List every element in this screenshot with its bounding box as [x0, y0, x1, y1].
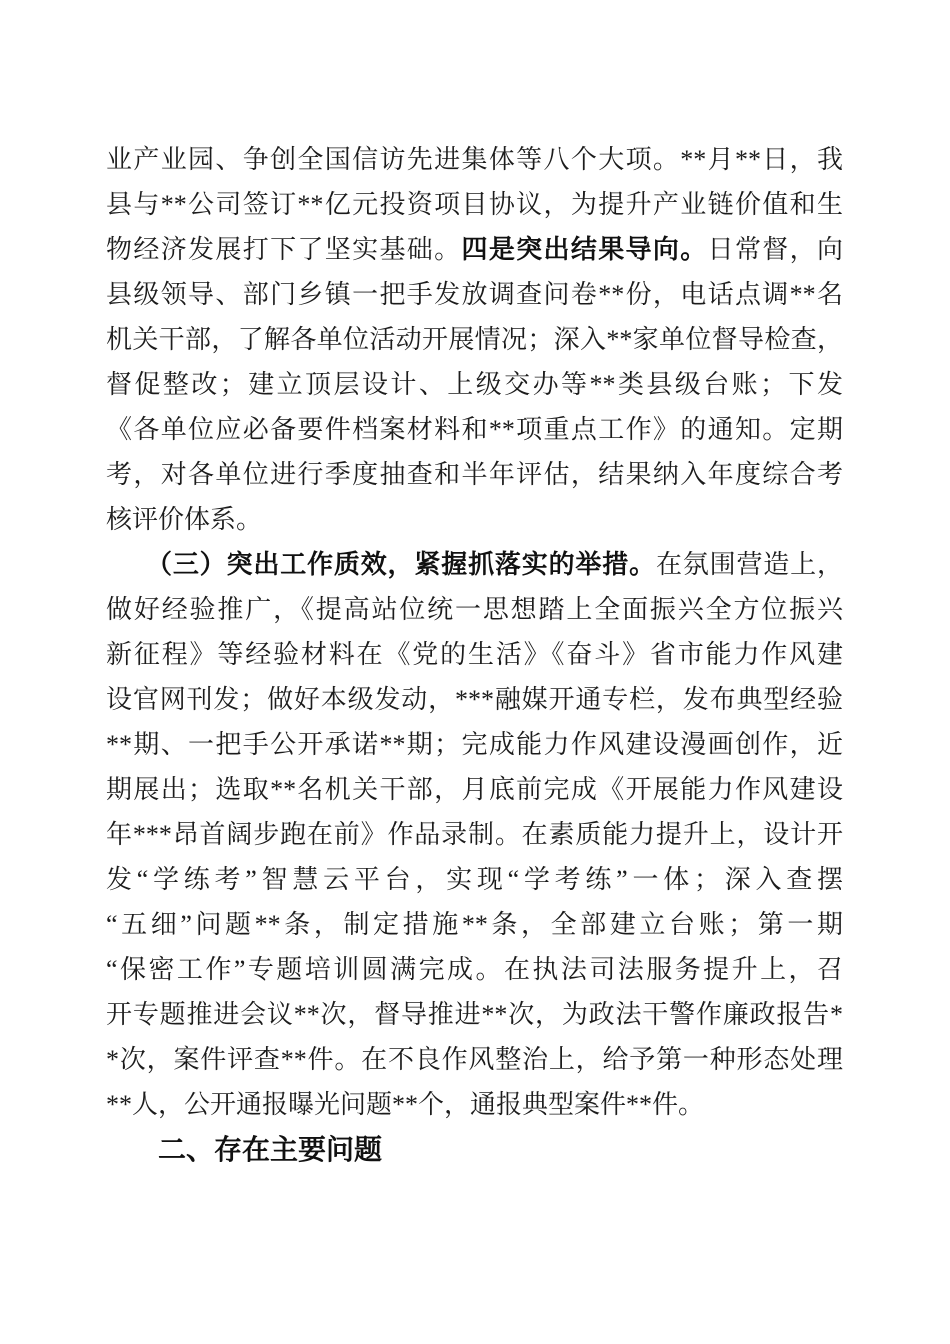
document-line: **期、一把手公开承诺**期；完成能力作风建设漫画创作，近 — [106, 722, 843, 767]
text-segment: 督促整改；建立顶层设计、上级交办等**类县级台账；下发 — [106, 370, 843, 399]
document-line: 设官网刊发；做好本级发动，***融媒开通专栏，发布典型经验 — [106, 677, 843, 722]
document-line: 做好经验推广，《提高站位统一思想踏上全面振兴全方位振兴 — [106, 587, 843, 632]
document-line: 发“学练考”智慧云平台，实现“学考练”一体；深入查摆 — [106, 857, 843, 902]
text-segment: 新征程》等经验材料在《党的生活》《奋斗》省市能力作风建 — [106, 640, 843, 669]
text-segment: 开专题推进会议**次，督导推进**次，为政法干警作廉政报告* — [106, 1000, 843, 1029]
document-line: 县级领导、部门乡镇一把手发放调查问卷**份，电话点调**名 — [106, 272, 843, 317]
text-segment: 机关干部，了解各单位活动开展情况；深入**家单位督导检查， — [106, 325, 843, 354]
document-line: （三）突出工作质效，紧握抓落实的举措。在氛围营造上， — [106, 542, 843, 587]
text-segment: **期、一把手公开承诺**期；完成能力作风建设漫画创作，近 — [106, 730, 843, 759]
text-segment: 日常督，向 — [708, 235, 843, 264]
text-segment: 县级领导、部门乡镇一把手发放调查问卷**份，电话点调**名 — [106, 280, 843, 309]
heading-section-two: 二、存在主要问题 — [106, 1127, 843, 1172]
document-line: 机关干部，了解各单位活动开展情况；深入**家单位督导检查， — [106, 317, 843, 362]
document-line: 开专题推进会议**次，督导推进**次，为政法干警作廉政报告* — [106, 992, 843, 1037]
document-line: 《各单位应必备要件档案材料和**项重点工作》的通知。定期 — [106, 407, 843, 452]
document-line: 督促整改；建立顶层设计、上级交办等**类县级台账；下发 — [106, 362, 843, 407]
text-segment: “保密工作”专题培训圆满完成。在执法司法服务提升上，召 — [106, 955, 843, 984]
document-line: “保密工作”专题培训圆满完成。在执法司法服务提升上，召 — [106, 947, 843, 992]
text-segment: 发“学练考”智慧云平台，实现“学考练”一体；深入查摆 — [106, 865, 843, 894]
text-segment: “五细”问题**条，制定措施**条，全部建立台账；第一期 — [106, 910, 843, 939]
document-line: **人，公开通报曝光问题**个，通报典型案件**件。 — [106, 1082, 843, 1127]
text-segment: 设官网刊发；做好本级发动，***融媒开通专栏，发布典型经验 — [106, 685, 843, 714]
text-segment-bold: 四是突出结果导向。 — [461, 235, 707, 264]
text-segment-bold: 二、存在主要问题 — [158, 1134, 382, 1165]
text-segment: 在氛围营造上， — [656, 550, 843, 579]
text-segment: 核评价体系。 — [106, 505, 262, 534]
document-page: 业产业园、争创全国信访先进集体等八个大项。**月**日，我县与**公司签订**亿… — [0, 0, 950, 1344]
document-line: 物经济发展打下了坚实基础。四是突出结果导向。日常督，向 — [106, 227, 843, 272]
document-line: 县与**公司签订**亿元投资项目协议，为提升产业链价值和生 — [106, 182, 843, 227]
text-segment: 年***昂首阔步跑在前》作品录制。在素质能力提升上，设计开 — [106, 820, 843, 849]
text-segment: 物经济发展打下了坚实基础。 — [106, 235, 461, 264]
document-body: 业产业园、争创全国信访先进集体等八个大项。**月**日，我县与**公司签订**亿… — [106, 137, 843, 1172]
text-segment: *次，案件评查**件。在不良作风整治上，给予第一种形态处理 — [106, 1045, 843, 1074]
text-segment: 考，对各单位进行季度抽查和半年评估，结果纳入年度综合考 — [106, 460, 843, 489]
document-line: “五细”问题**条，制定措施**条，全部建立台账；第一期 — [106, 902, 843, 947]
document-line: 新征程》等经验材料在《党的生活》《奋斗》省市能力作风建 — [106, 632, 843, 677]
document-line: 业产业园、争创全国信访先进集体等八个大项。**月**日，我 — [106, 137, 843, 182]
document-line: 考，对各单位进行季度抽查和半年评估，结果纳入年度综合考 — [106, 452, 843, 497]
document-line: 核评价体系。 — [106, 497, 843, 542]
text-segment: 期展出；选取**名机关干部，月底前完成《开展能力作风建设 — [106, 775, 843, 804]
paragraph-achievements-continued: 业产业园、争创全国信访先进集体等八个大项。**月**日，我县与**公司签订**亿… — [106, 137, 843, 542]
text-segment-bold: （三）突出工作质效，紧握抓落实的举措。 — [146, 550, 656, 579]
section-heading: 二、存在主要问题 — [106, 1127, 843, 1172]
text-segment: **人，公开通报曝光问题**个，通报典型案件**件。 — [106, 1090, 704, 1119]
text-segment: 业产业园、争创全国信访先进集体等八个大项。**月**日，我 — [106, 145, 843, 174]
document-line: 年***昂首阔步跑在前》作品录制。在素质能力提升上，设计开 — [106, 812, 843, 857]
paragraph-section-three: （三）突出工作质效，紧握抓落实的举措。在氛围营造上，做好经验推广，《提高站位统一… — [106, 542, 843, 1127]
text-segment: 县与**公司签订**亿元投资项目协议，为提升产业链价值和生 — [106, 190, 843, 219]
document-line: *次，案件评查**件。在不良作风整治上，给予第一种形态处理 — [106, 1037, 843, 1082]
text-segment: 《各单位应必备要件档案材料和**项重点工作》的通知。定期 — [106, 415, 843, 444]
text-segment: 做好经验推广，《提高站位统一思想踏上全面振兴全方位振兴 — [106, 595, 843, 624]
document-line: 期展出；选取**名机关干部，月底前完成《开展能力作风建设 — [106, 767, 843, 812]
